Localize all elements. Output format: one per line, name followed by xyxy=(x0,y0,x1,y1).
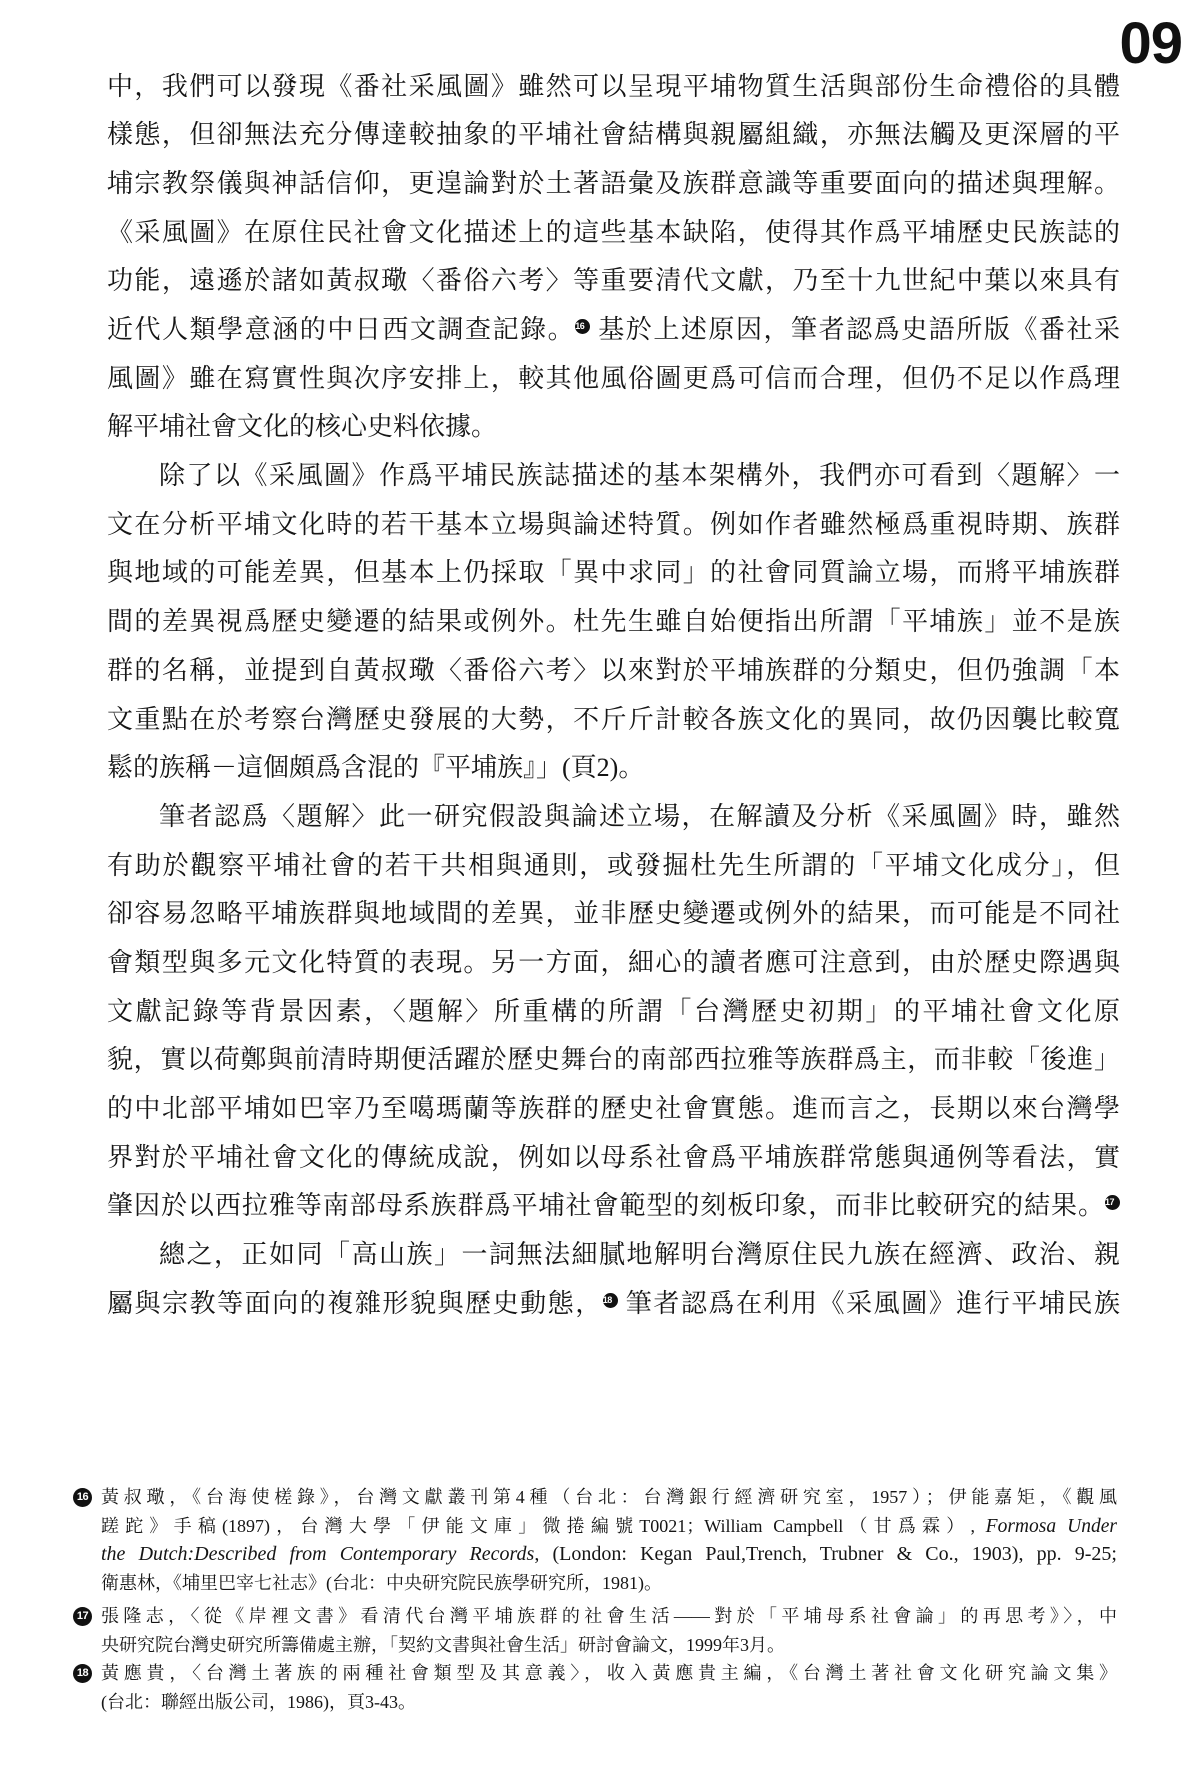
footnote-16: 16 黃叔璥，《台海使槎錄》，台灣文獻叢刊第4種（台北：台灣銀行經濟研究室，19… xyxy=(73,1483,1117,1597)
footnote-text: 蹉跎》手稿(1897)，台灣大學「伊能文庫」微捲編號T0021；William … xyxy=(101,1516,986,1536)
body-line: 總之，正如同「高山族」一詞無法細膩地解明台灣原住民九族在經濟、政治、親 xyxy=(107,1231,1120,1280)
footnote-line: 黃叔璥，《台海使槎錄》，台灣文獻叢刊第4種（台北：台灣銀行經濟研究室，1957）… xyxy=(101,1483,1117,1512)
footnote-marker-18: 18 xyxy=(73,1664,92,1683)
body-line: 的中北部平埔如巴宰乃至噶瑪蘭等族群的歷史社會實態。進而言之，長期以來台灣學 xyxy=(107,1085,1120,1134)
body-line: 文在分析平埔文化時的若干基本立場與論述特質。例如作者雖然極爲重視時期、族群 xyxy=(107,501,1120,550)
paragraph: 除了以《采風圖》作爲平埔民族誌描述的基本架構外，我們亦可看到〈題解〉一 文在分析… xyxy=(107,452,1120,793)
body-line: 風圖》雖在寫實性與次序安排上，較其他風俗圖更爲可信而合理，但仍不足以作爲理 xyxy=(107,355,1120,404)
footnote-ref-17: 17 xyxy=(1105,1195,1120,1210)
footnote-line: 衛惠林，《埔里巴宰七社志》(台北：中央研究院民族學研究所，1981)。 xyxy=(101,1569,1117,1598)
line-text: 近代人類學意涵的中日西文調查記錄。 xyxy=(107,315,575,344)
body-line: 肇因於以西拉雅等南部母系族群爲平埔社會範型的刻板印象，而非比較研究的結果。17 xyxy=(107,1182,1120,1231)
footnote-line: 央研究院台灣史研究所籌備處主辦，「契約文書與社會生活」研討會論文，1999年3月… xyxy=(101,1631,1117,1660)
footnote-line: 張隆志，〈從《岸裡文書》看清代台灣平埔族群的社會生活——對於「平埔母系社會論」的… xyxy=(101,1602,1117,1631)
line-text: 基於上述原因，筆者認爲史語所版《番社采 xyxy=(590,315,1120,344)
body-line: 《采風圖》在原住民社會文化描述上的這些基本缺陷，使得其作爲平埔歷史民族誌的 xyxy=(107,209,1120,258)
body-text: 中，我們可以發現《番社采風圖》雖然可以呈現平埔物質生活與部份生命禮俗的具體 樣態… xyxy=(107,63,1120,1329)
body-line: 與地域的可能差異，但基本上仍採取「異中求同」的社會同質論立場，而將平埔族群 xyxy=(107,549,1120,598)
body-line: 除了以《采風圖》作爲平埔民族誌描述的基本架構外，我們亦可看到〈題解〉一 xyxy=(107,452,1120,501)
body-line: 會類型與多元文化特質的表現。另一方面，細心的讀者應可注意到，由於歷史際遇與 xyxy=(107,939,1120,988)
line-text: 肇因於以西拉雅等南部母系族群爲平埔社會範型的刻板印象，而非比較研究的結果。 xyxy=(107,1191,1105,1220)
body-line: 近代人類學意涵的中日西文調查記錄。16 基於上述原因，筆者認爲史語所版《番社采 xyxy=(107,306,1120,355)
body-line: 筆者認爲〈題解〉此一研究假設與論述立場，在解讀及分析《采風圖》時，雖然 xyxy=(107,793,1120,842)
paragraph: 筆者認爲〈題解〉此一研究假設與論述立場，在解讀及分析《采風圖》時，雖然 有助於觀… xyxy=(107,793,1120,1231)
line-text: 筆者認爲在利用《采風圖》進行平埔民族 xyxy=(618,1289,1120,1318)
book-title-italic: the Dutch:Described from Contemporary Re… xyxy=(101,1543,534,1565)
body-line: 中，我們可以發現《番社采風圖》雖然可以呈現平埔物質生活與部份生命禮俗的具體 xyxy=(107,63,1120,112)
footnote-ref-18: 18 xyxy=(603,1293,618,1308)
body-line: 卻容易忽略平埔族群與地域間的差異，並非歷史變遷或例外的結果，而可能是不同社 xyxy=(107,890,1120,939)
footnote-line: the Dutch:Described from Contemporary Re… xyxy=(101,1540,1117,1569)
page-number: 09 xyxy=(1119,15,1182,73)
footnote-line: 黃應貴，〈台灣土著族的兩種社會類型及其意義〉，收入黃應貴主編，《台灣土著社會文化… xyxy=(101,1659,1117,1688)
body-line: 有助於觀察平埔社會的若干共相與通則，或發掘杜先生所謂的「平埔文化成分」，但 xyxy=(107,842,1120,891)
body-line: 貌，實以荷鄭與前清時期便活躍於歷史舞台的南部西拉雅等族群爲主，而非較「後進」 xyxy=(107,1036,1120,1085)
footnote-ref-16: 16 xyxy=(575,319,590,334)
footnote-line: 蹉跎》手稿(1897)，台灣大學「伊能文庫」微捲編號T0021；William … xyxy=(101,1512,1117,1541)
body-line: 群的名稱，並提到自黃叔璥〈番俗六考〉以來對於平埔族群的分類史，但仍強調「本 xyxy=(107,647,1120,696)
footnote-line: (台北：聯經出版公司，1986)，頁3-43。 xyxy=(101,1688,1117,1717)
body-line: 埔宗教祭儀與神話信仰，更遑論對於土著語彙及族群意識等重要面向的描述與理解。 xyxy=(107,160,1120,209)
paragraph: 總之，正如同「高山族」一詞無法細膩地解明台灣原住民九族在經濟、政治、親 屬與宗教… xyxy=(107,1231,1120,1328)
footnote-marker-17: 17 xyxy=(73,1607,92,1626)
body-line: 鬆的族稱－這個頗爲含混的『平埔族』」(頁2)。 xyxy=(107,744,1120,793)
body-line: 功能，遠遜於諸如黃叔璥〈番俗六考〉等重要清代文獻，乃至十九世紀中葉以來具有 xyxy=(107,257,1120,306)
body-line: 樣態，但卻無法充分傳達較抽象的平埔社會結構與親屬組織，亦無法觸及更深層的平 xyxy=(107,111,1120,160)
book-title-italic: Formosa Under xyxy=(986,1516,1117,1537)
footnote-18: 18 黃應貴，〈台灣土著族的兩種社會類型及其意義〉，收入黃應貴主編，《台灣土著社… xyxy=(73,1659,1117,1716)
footnote-17: 17 張隆志，〈從《岸裡文書》看清代台灣平埔族群的社會生活——對於「平埔母系社會… xyxy=(73,1602,1117,1659)
body-line: 文重點在於考察台灣歷史發展的大勢，不斤斤計較各族文化的異同，故仍因襲比較寬 xyxy=(107,696,1120,745)
line-text: 屬與宗教等面向的複雜形貌與歷史動態， xyxy=(107,1289,603,1318)
paragraph: 中，我們可以發現《番社采風圖》雖然可以呈現平埔物質生活與部份生命禮俗的具體 樣態… xyxy=(107,63,1120,453)
body-line: 屬與宗教等面向的複雜形貌與歷史動態，18 筆者認爲在利用《采風圖》進行平埔民族 xyxy=(107,1280,1120,1329)
footnote-text: , (London: Kegan Paul,Trench, Trubner & … xyxy=(534,1543,1117,1565)
body-line: 解平埔社會文化的核心史料依據。 xyxy=(107,403,1120,452)
body-line: 間的差異視爲歷史變遷的結果或例外。杜先生雖自始便指出所謂「平埔族」並不是族 xyxy=(107,598,1120,647)
body-line: 界對於平埔社會文化的傳統成說，例如以母系社會爲平埔族群常態與通例等看法，實 xyxy=(107,1134,1120,1183)
footnote-marker-16: 16 xyxy=(73,1488,92,1507)
body-line: 文獻記錄等背景因素，〈題解〉所重構的所謂「台灣歷史初期」的平埔社會文化原 xyxy=(107,988,1120,1037)
